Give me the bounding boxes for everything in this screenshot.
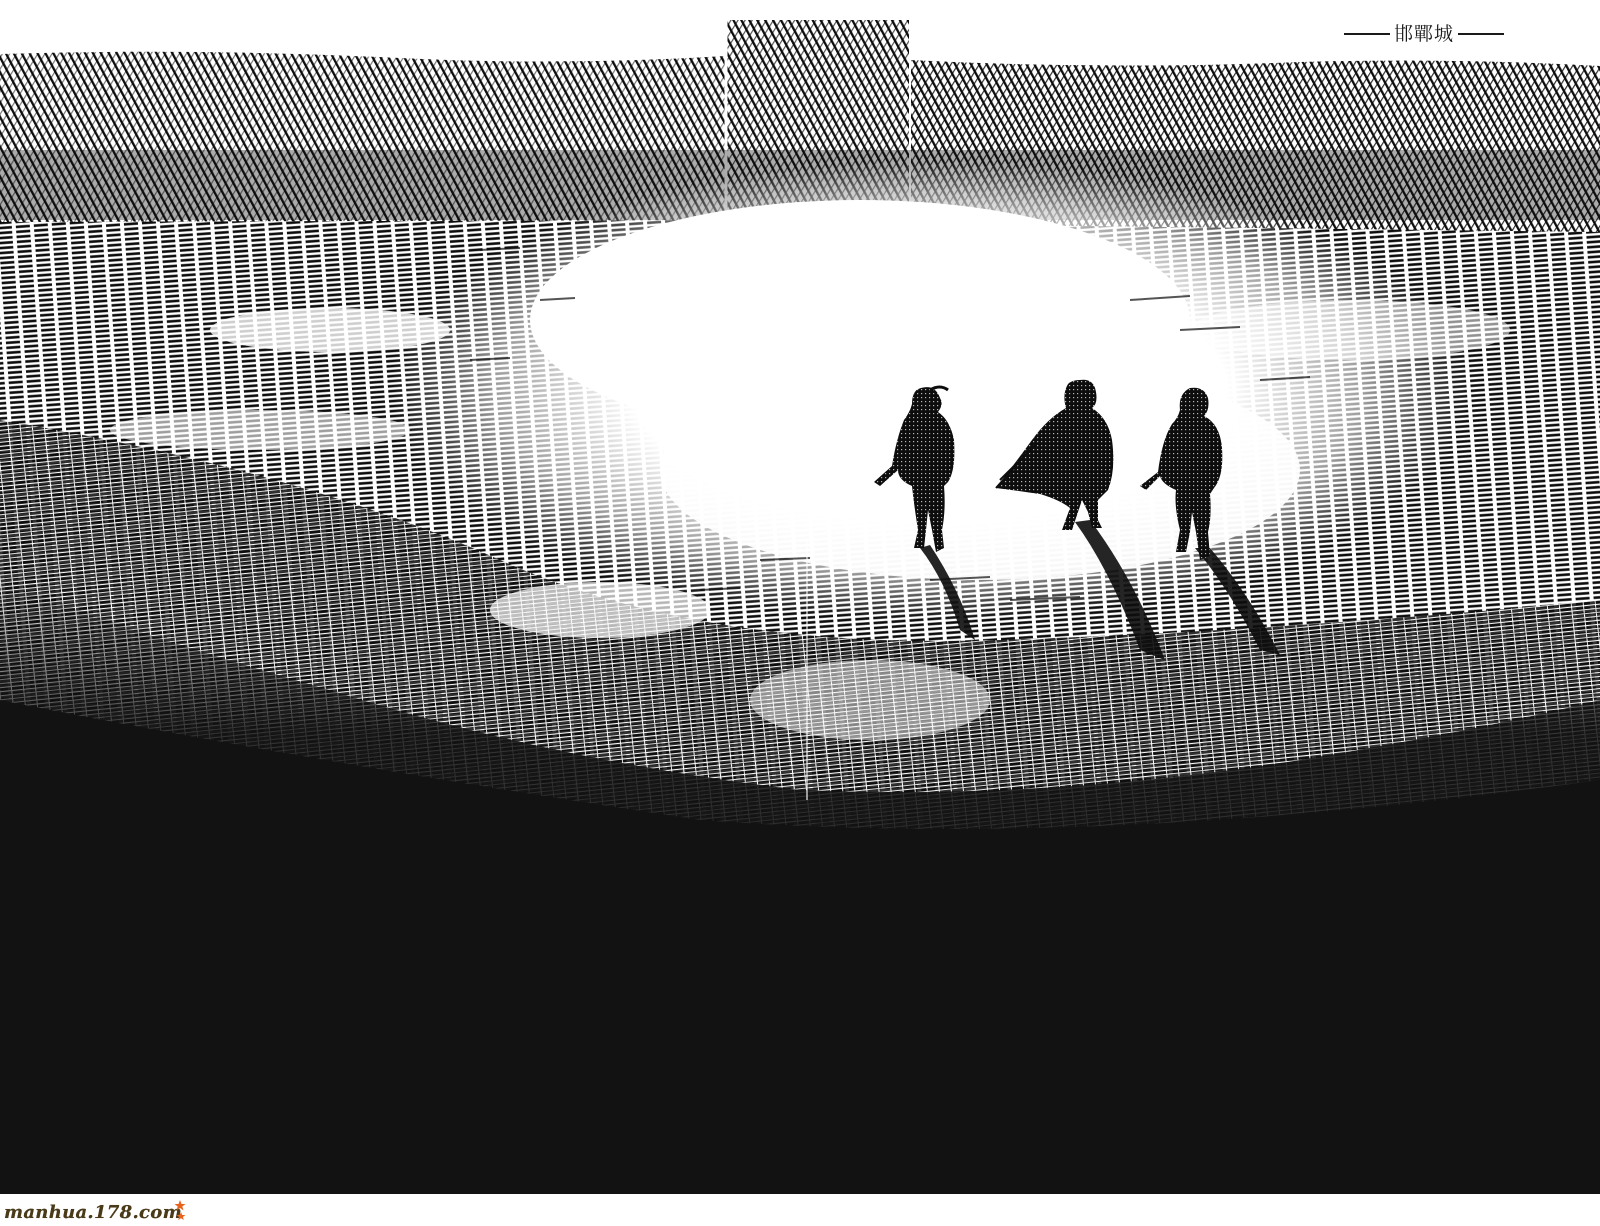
site-watermark: manhua.178.com (4, 1202, 182, 1224)
page-gutter-seam (806, 540, 808, 800)
star-icon (172, 1199, 188, 1225)
caption-dash-right (1458, 33, 1504, 35)
caption-text: 邯鄲城 (1394, 22, 1454, 46)
scene-illustration (0, 0, 1600, 1194)
manga-page: 邯鄲城 manhua.178.com (0, 0, 1600, 1226)
watermark-text: manhua.178.com (4, 1202, 182, 1223)
caption-dash-left (1344, 33, 1390, 35)
artwork-panel (0, 0, 1600, 1194)
location-caption: 邯鄲城 (1340, 22, 1508, 46)
